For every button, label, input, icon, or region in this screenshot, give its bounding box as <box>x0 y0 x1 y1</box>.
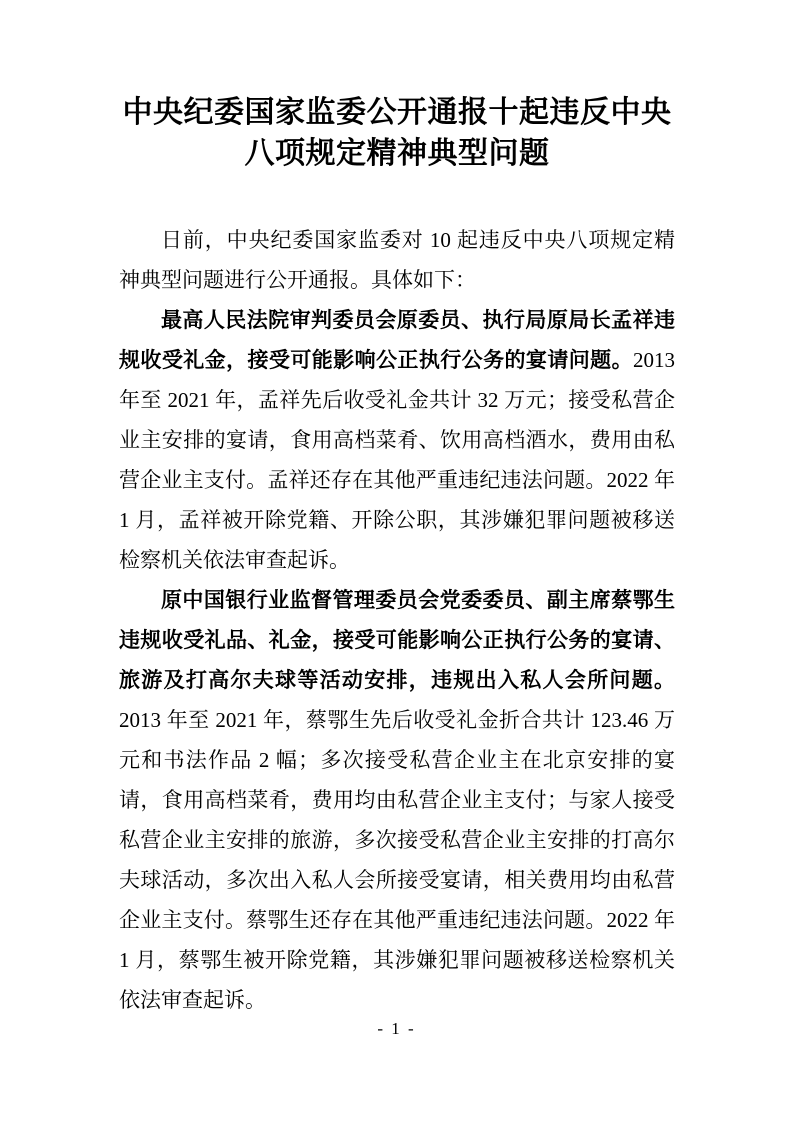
document-body: 日前，中央纪委国家监委对 10 起违反中央八项规定精神典型问题进行公开通报。具体… <box>119 220 675 1020</box>
paragraph-case-mengxiang-bold: 最高人民法院审判委员会原委员、执行局原局长孟祥违规收受礼金，接受可能影响公正执行… <box>119 308 675 372</box>
paragraph-case-mengxiang: 最高人民法院审判委员会原委员、执行局原局长孟祥违规收受礼金，接受可能影响公正执行… <box>119 300 675 580</box>
paragraph-intro: 日前，中央纪委国家监委对 10 起违反中央八项规定精神典型问题进行公开通报。具体… <box>119 220 675 300</box>
page-content: 中央纪委国家监委公开通报十起违反中央八项规定精神典型问题 日前，中央纪委国家监委… <box>0 92 793 1020</box>
paragraph-intro-text: 日前，中央纪委国家监委对 10 起违反中央八项规定精神典型问题进行公开通报。具体… <box>119 228 675 292</box>
paragraph-case-caiesheng: 原中国银行业监督管理委员会党委委员、副主席蔡鄂生违规收受礼品、礼金，接受可能影响… <box>119 580 675 1020</box>
paragraph-case-caiesheng-bold: 原中国银行业监督管理委员会党委委员、副主席蔡鄂生违规收受礼品、礼金，接受可能影响… <box>119 588 675 692</box>
document-page: 中央纪委国家监委公开通报十起违反中央八项规定精神典型问题 日前，中央纪委国家监委… <box>0 0 793 1122</box>
paragraph-case-caiesheng-text: 2013 年至 2021 年，蔡鄂生先后收受礼金折合共计 123.46 万元和书… <box>119 708 675 1012</box>
page-number: - 1 - <box>0 1018 793 1040</box>
paragraph-case-mengxiang-text: 2013 年至 2021 年，孟祥先后收受礼金共计 32 万元；接受私营企业主安… <box>119 348 675 572</box>
document-title: 中央纪委国家监委公开通报十起违反中央八项规定精神典型问题 <box>119 92 675 174</box>
